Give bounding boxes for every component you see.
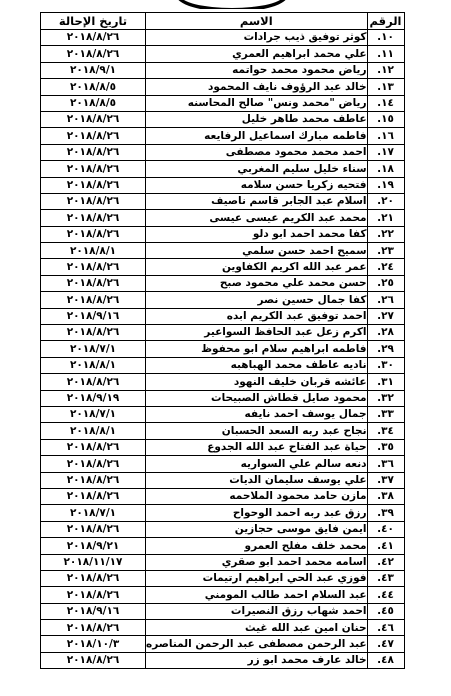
table-row: ٢٠.اسلام عبد الجابر قاسم ناصيف٢٠١٨/٨/٢٦ xyxy=(41,193,405,209)
table-row: ٣٩.رزق عبد ربه احمد الوحواح٢٠١٨/٧/١ xyxy=(41,505,405,521)
row-referral-date-cell: ٢٠١٨/٧/١ xyxy=(41,406,146,422)
table-row: ٤٤.عبد السلام احمد طالب المومني٢٠١٨/٨/٢٦ xyxy=(41,587,405,603)
row-number-cell: ٤٥. xyxy=(367,603,404,619)
row-number-cell: ٤١. xyxy=(367,538,404,554)
table-row: ٢٣.سميح احمد حسن سلمي٢٠١٨/٨/١ xyxy=(41,243,405,259)
row-referral-date-cell: ٢٠١٨/٨/٢٦ xyxy=(41,587,146,603)
table-row: ١٦.فاطمه مبارك اسماعيل الرفايعه٢٠١٨/٨/٢٦ xyxy=(41,128,405,144)
row-number-cell: ٢٣. xyxy=(367,243,404,259)
cropped-logo-arc xyxy=(176,0,288,9)
table-row: ٢٤.عمر عبد الله اكريم الكفاوين٢٠١٨/٨/٢٦ xyxy=(41,259,405,275)
row-number-cell: ١٤. xyxy=(367,95,404,111)
row-number-cell: ٣٨. xyxy=(367,488,404,504)
header-name: الاسم xyxy=(146,13,368,30)
row-name-cell: عاطف محمد طاهر خليل xyxy=(146,111,368,127)
row-referral-date-cell: ٢٠١٨/٩/١٩ xyxy=(41,390,146,406)
scanned-referral-list-page: { "colors": { "page_bg": "#ffffff", "tab… xyxy=(0,0,451,696)
row-name-cell: رياض محمود محمد حواتمه xyxy=(146,62,368,78)
row-number-cell: ٣٦. xyxy=(367,456,404,472)
row-referral-date-cell: ٢٠١٨/٨/٢٦ xyxy=(41,325,146,341)
row-name-cell: فاطمه ابراهيم سلام ابو محفوظ xyxy=(146,341,368,357)
row-referral-date-cell: ٢٠١٨/٨/٢٦ xyxy=(41,144,146,160)
table-row: ١٨.سناء خليل سليم المغربي٢٠١٨/٨/٢٦ xyxy=(41,161,405,177)
row-name-cell: اسلام عبد الجابر قاسم ناصيف xyxy=(146,193,368,209)
cropped-logo-arc-clip xyxy=(0,0,451,9)
row-name-cell: احمد توفيق عبد الكريم ابده xyxy=(146,308,368,324)
table-row: ٤٥.احمد شهاب رزق النصيرات٢٠١٨/٩/١٦ xyxy=(41,603,405,619)
row-number-cell: ٢٨. xyxy=(367,325,404,341)
row-number-cell: ١٩. xyxy=(367,177,404,193)
row-referral-date-cell: ٢٠١٨/٨/٢٦ xyxy=(41,111,146,127)
row-referral-date-cell: ٢٠١٨/٩/١ xyxy=(41,62,146,78)
row-number-cell: ٤٢. xyxy=(367,554,404,570)
table-row: ٣٨.مازن حامد محمود الملاحمه٢٠١٨/٨/٢٦ xyxy=(41,488,405,504)
row-referral-date-cell: ٢٠١٨/٨/٢٦ xyxy=(41,177,146,193)
row-referral-date-cell: ٢٠١٨/٧/١ xyxy=(41,341,146,357)
row-referral-date-cell: ٢٠١٨/٨/٢٦ xyxy=(41,456,146,472)
row-number-cell: ٣٥. xyxy=(367,439,404,455)
row-name-cell: نجاح عبد ربه السعد الحسبان xyxy=(146,423,368,439)
row-referral-date-cell: ٢٠١٨/٨/٢٦ xyxy=(41,488,146,504)
header-referral-date: تاريخ الإحالة xyxy=(41,13,146,30)
row-name-cell: رزق عبد ربه احمد الوحواح xyxy=(146,505,368,521)
row-name-cell: خالد عارف محمد ابو زر xyxy=(146,652,368,668)
row-referral-date-cell: ٢٠١٨/٨/٢٦ xyxy=(41,292,146,308)
row-referral-date-cell: ٢٠١٨/٨/٢٦ xyxy=(41,226,146,242)
table-row: ٤٣.فوزي عبد الحي ابراهيم ارتيمات٢٠١٨/٨/٢… xyxy=(41,570,405,586)
row-name-cell: فوزي عبد الحي ابراهيم ارتيمات xyxy=(146,570,368,586)
row-number-cell: ٤٨. xyxy=(367,652,404,668)
row-name-cell: محمد عبد الكريم عيسى عيسى xyxy=(146,210,368,226)
table-row: ٢٨.اكرم زعل عبد الحافظ السواعير٢٠١٨/٨/٢٦ xyxy=(41,325,405,341)
table-row: ١٧.احمد محمد محمود مصطفى٢٠١٨/٨/٢٦ xyxy=(41,144,405,160)
table-row: ١١.علي محمد ابراهيم العمري٢٠١٨/٨/٢٦ xyxy=(41,46,405,62)
row-number-cell: ٢١. xyxy=(367,210,404,226)
table-row: ٢١.محمد عبد الكريم عيسى عيسى٢٠١٨/٨/٢٦ xyxy=(41,210,405,226)
row-name-cell: فاطمه مبارك اسماعيل الرفايعه xyxy=(146,128,368,144)
row-name-cell: اكرم زعل عبد الحافظ السواعير xyxy=(146,325,368,341)
row-number-cell: ٤٦. xyxy=(367,620,404,636)
row-referral-date-cell: ٢٠١٨/٨/٢٦ xyxy=(41,128,146,144)
row-number-cell: ٢٤. xyxy=(367,259,404,275)
row-name-cell: عمر عبد الله اكريم الكفاوين xyxy=(146,259,368,275)
row-number-cell: ٤٧. xyxy=(367,636,404,652)
row-name-cell: احمد محمد محمود مصطفى xyxy=(146,144,368,160)
row-number-cell: ١٧. xyxy=(367,144,404,160)
row-number-cell: ٣٢. xyxy=(367,390,404,406)
table-row: ٢٢.كفا محمد احمد ابو دلو٢٠١٨/٨/٢٦ xyxy=(41,226,405,242)
table-row: ١٤.رياض "محمد ونس" صالح المحاسنه٢٠١٨/٨/٥ xyxy=(41,95,405,111)
table-row: ٤٧.عبد الرحمن مصطفى عبد الرحمن المناصره٢… xyxy=(41,636,405,652)
table-row: ٣٥.حياة عبد الفتاح عبد الله الجدوع٢٠١٨/٨… xyxy=(41,439,405,455)
row-number-cell: ٣٩. xyxy=(367,505,404,521)
row-referral-date-cell: ٢٠١٨/٨/٢٦ xyxy=(41,161,146,177)
row-number-cell: ٢٥. xyxy=(367,275,404,291)
row-referral-date-cell: ٢٠١٨/١٠/٣ xyxy=(41,636,146,652)
row-number-cell: ٢٧. xyxy=(367,308,404,324)
row-name-cell: سناء خليل سليم المغربي xyxy=(146,161,368,177)
table-row: ٣٦.دنعه سالم علي السواريه٢٠١٨/٨/٢٦ xyxy=(41,456,405,472)
table-row: ٣١.عائشه قربان خليف النهود٢٠١٨/٨/٢٦ xyxy=(41,374,405,390)
row-number-cell: ١١. xyxy=(367,46,404,62)
table-row: ٤٨.خالد عارف محمد ابو زر٢٠١٨/٨/٢٦ xyxy=(41,652,405,668)
row-name-cell: ناديه عاطف محمد الهباهبه xyxy=(146,357,368,373)
row-name-cell: مازن حامد محمود الملاحمه xyxy=(146,488,368,504)
row-name-cell: جمال يوسف احمد نايفه xyxy=(146,406,368,422)
row-referral-date-cell: ٢٠١٨/٧/١ xyxy=(41,505,146,521)
row-referral-date-cell: ٢٠١٨/٨/٢٦ xyxy=(41,652,146,668)
row-number-cell: ١٦. xyxy=(367,128,404,144)
row-number-cell: ١٥. xyxy=(367,111,404,127)
table-body: ١٠.كوثر توفيق ذيب جرادات٢٠١٨/٨/٢٦١١.علي … xyxy=(41,30,405,669)
row-number-cell: ٣٤. xyxy=(367,423,404,439)
header-number: الرقم xyxy=(367,13,404,30)
row-referral-date-cell: ٢٠١٨/٨/٢٦ xyxy=(41,439,146,455)
row-number-cell: ٤٤. xyxy=(367,587,404,603)
table-header-row: الرقم الاسم تاريخ الإحالة xyxy=(41,13,405,30)
table-row: ٣٣.جمال يوسف احمد نايفه٢٠١٨/٧/١ xyxy=(41,406,405,422)
table-row: ١٥.عاطف محمد طاهر خليل٢٠١٨/٨/٢٦ xyxy=(41,111,405,127)
table-row: ١٠.كوثر توفيق ذيب جرادات٢٠١٨/٨/٢٦ xyxy=(41,30,405,46)
row-name-cell: علي يوسف سليمان الديات xyxy=(146,472,368,488)
row-referral-date-cell: ٢٠١٨/٨/٢٦ xyxy=(41,210,146,226)
row-number-cell: ١٠. xyxy=(367,30,404,46)
table-row: ١٢.رياض محمود محمد حواتمه٢٠١٨/٩/١ xyxy=(41,62,405,78)
row-name-cell: عائشه قربان خليف النهود xyxy=(146,374,368,390)
row-referral-date-cell: ٢٠١٨/٨/١ xyxy=(41,243,146,259)
row-referral-date-cell: ٢٠١٨/٨/٢٦ xyxy=(41,472,146,488)
row-name-cell: كوثر توفيق ذيب جرادات xyxy=(146,30,368,46)
table-row: ٣٧.علي يوسف سليمان الديات٢٠١٨/٨/٢٦ xyxy=(41,472,405,488)
row-name-cell: عبد الرحمن مصطفى عبد الرحمن المناصره xyxy=(146,636,368,652)
table-row: ٣٢.محمود صايل قطاش الصبيحات٢٠١٨/٩/١٩ xyxy=(41,390,405,406)
row-name-cell: خالد عبد الرؤوف نايف المحمود xyxy=(146,79,368,95)
row-referral-date-cell: ٢٠١٨/٨/٢٦ xyxy=(41,259,146,275)
row-number-cell: ١٢. xyxy=(367,62,404,78)
table-row: ٤٦.حنان امين عبد الله غيث٢٠١٨/٨/٢٦ xyxy=(41,620,405,636)
row-number-cell: ٣١. xyxy=(367,374,404,390)
row-referral-date-cell: ٢٠١٨/٨/٢٦ xyxy=(41,46,146,62)
table-row: ١٣.خالد عبد الرؤوف نايف المحمود٢٠١٨/٨/٥ xyxy=(41,79,405,95)
table-header: الرقم الاسم تاريخ الإحالة xyxy=(41,13,405,30)
row-name-cell: حياة عبد الفتاح عبد الله الجدوع xyxy=(146,439,368,455)
row-name-cell: كفا محمد احمد ابو دلو xyxy=(146,226,368,242)
row-name-cell: حنان امين عبد الله غيث xyxy=(146,620,368,636)
row-number-cell: ٣٣. xyxy=(367,406,404,422)
table-row: ٤١.محمد خلف مفلح العمرو٢٠١٨/٩/٢١ xyxy=(41,538,405,554)
row-referral-date-cell: ٢٠١٨/٨/٢٦ xyxy=(41,374,146,390)
row-name-cell: كفا جمال حسين نصر xyxy=(146,292,368,308)
row-name-cell: علي محمد ابراهيم العمري xyxy=(146,46,368,62)
row-referral-date-cell: ٢٠١٨/٨/٢٦ xyxy=(41,570,146,586)
row-number-cell: ٢٦. xyxy=(367,292,404,308)
row-number-cell: ٤٣. xyxy=(367,570,404,586)
row-referral-date-cell: ٢٠١٨/٨/٢٦ xyxy=(41,620,146,636)
row-referral-date-cell: ٢٠١٨/٨/٢٦ xyxy=(41,275,146,291)
row-number-cell: ٢٠. xyxy=(367,193,404,209)
row-referral-date-cell: ٢٠١٨/٨/٢٦ xyxy=(41,193,146,209)
table-row: ٤٢.اسامه محمد احمد ابو صقري٢٠١٨/١١/١٧ xyxy=(41,554,405,570)
row-number-cell: ٣٧. xyxy=(367,472,404,488)
row-name-cell: رياض "محمد ونس" صالح المحاسنه xyxy=(146,95,368,111)
row-number-cell: ٤٠. xyxy=(367,521,404,537)
table-row: ٣٤.نجاح عبد ربه السعد الحسبان٢٠١٨/٨/١ xyxy=(41,423,405,439)
row-referral-date-cell: ٢٠١٨/٨/٢٦ xyxy=(41,521,146,537)
row-name-cell: احمد شهاب رزق النصيرات xyxy=(146,603,368,619)
row-referral-date-cell: ٢٠١٨/٨/٢٦ xyxy=(41,30,146,46)
row-number-cell: ٣٠. xyxy=(367,357,404,373)
row-referral-date-cell: ٢٠١٨/١١/١٧ xyxy=(41,554,146,570)
table-row: ٢٧.احمد توفيق عبد الكريم ابده٢٠١٨/٩/١٦ xyxy=(41,308,405,324)
table-row: ٢٦.كفا جمال حسين نصر٢٠١٨/٨/٢٦ xyxy=(41,292,405,308)
row-referral-date-cell: ٢٠١٨/٩/٢١ xyxy=(41,538,146,554)
row-number-cell: ٢٢. xyxy=(367,226,404,242)
row-name-cell: حسن محمد علي محمود صبح xyxy=(146,275,368,291)
row-name-cell: سميح احمد حسن سلمي xyxy=(146,243,368,259)
table-row: ١٩.فتحيه زكريا حسن سلامه٢٠١٨/٨/٢٦ xyxy=(41,177,405,193)
row-name-cell: ايمن فايق موسى حجازين xyxy=(146,521,368,537)
row-referral-date-cell: ٢٠١٨/٨/٥ xyxy=(41,79,146,95)
row-name-cell: محمد خلف مفلح العمرو xyxy=(146,538,368,554)
row-name-cell: دنعه سالم علي السواريه xyxy=(146,456,368,472)
row-number-cell: ١٣. xyxy=(367,79,404,95)
row-referral-date-cell: ٢٠١٨/٨/١ xyxy=(41,357,146,373)
row-number-cell: ١٨. xyxy=(367,161,404,177)
row-name-cell: محمود صايل قطاش الصبيحات xyxy=(146,390,368,406)
row-referral-date-cell: ٢٠١٨/٨/١ xyxy=(41,423,146,439)
table-row: ٢٥.حسن محمد علي محمود صبح٢٠١٨/٨/٢٦ xyxy=(41,275,405,291)
row-name-cell: اسامه محمد احمد ابو صقري xyxy=(146,554,368,570)
row-referral-date-cell: ٢٠١٨/٩/١٦ xyxy=(41,603,146,619)
row-number-cell: ٢٩. xyxy=(367,341,404,357)
row-referral-date-cell: ٢٠١٨/٩/١٦ xyxy=(41,308,146,324)
row-name-cell: عبد السلام احمد طالب المومني xyxy=(146,587,368,603)
table-row: ٤٠.ايمن فايق موسى حجازين٢٠١٨/٨/٢٦ xyxy=(41,521,405,537)
row-name-cell: فتحيه زكريا حسن سلامه xyxy=(146,177,368,193)
table-row: ٢٩.فاطمه ابراهيم سلام ابو محفوظ٢٠١٨/٧/١ xyxy=(41,341,405,357)
row-referral-date-cell: ٢٠١٨/٨/٥ xyxy=(41,95,146,111)
referral-table: الرقم الاسم تاريخ الإحالة ١٠.كوثر توفيق … xyxy=(40,12,405,669)
table-row: ٣٠.ناديه عاطف محمد الهباهبه٢٠١٨/٨/١ xyxy=(41,357,405,373)
